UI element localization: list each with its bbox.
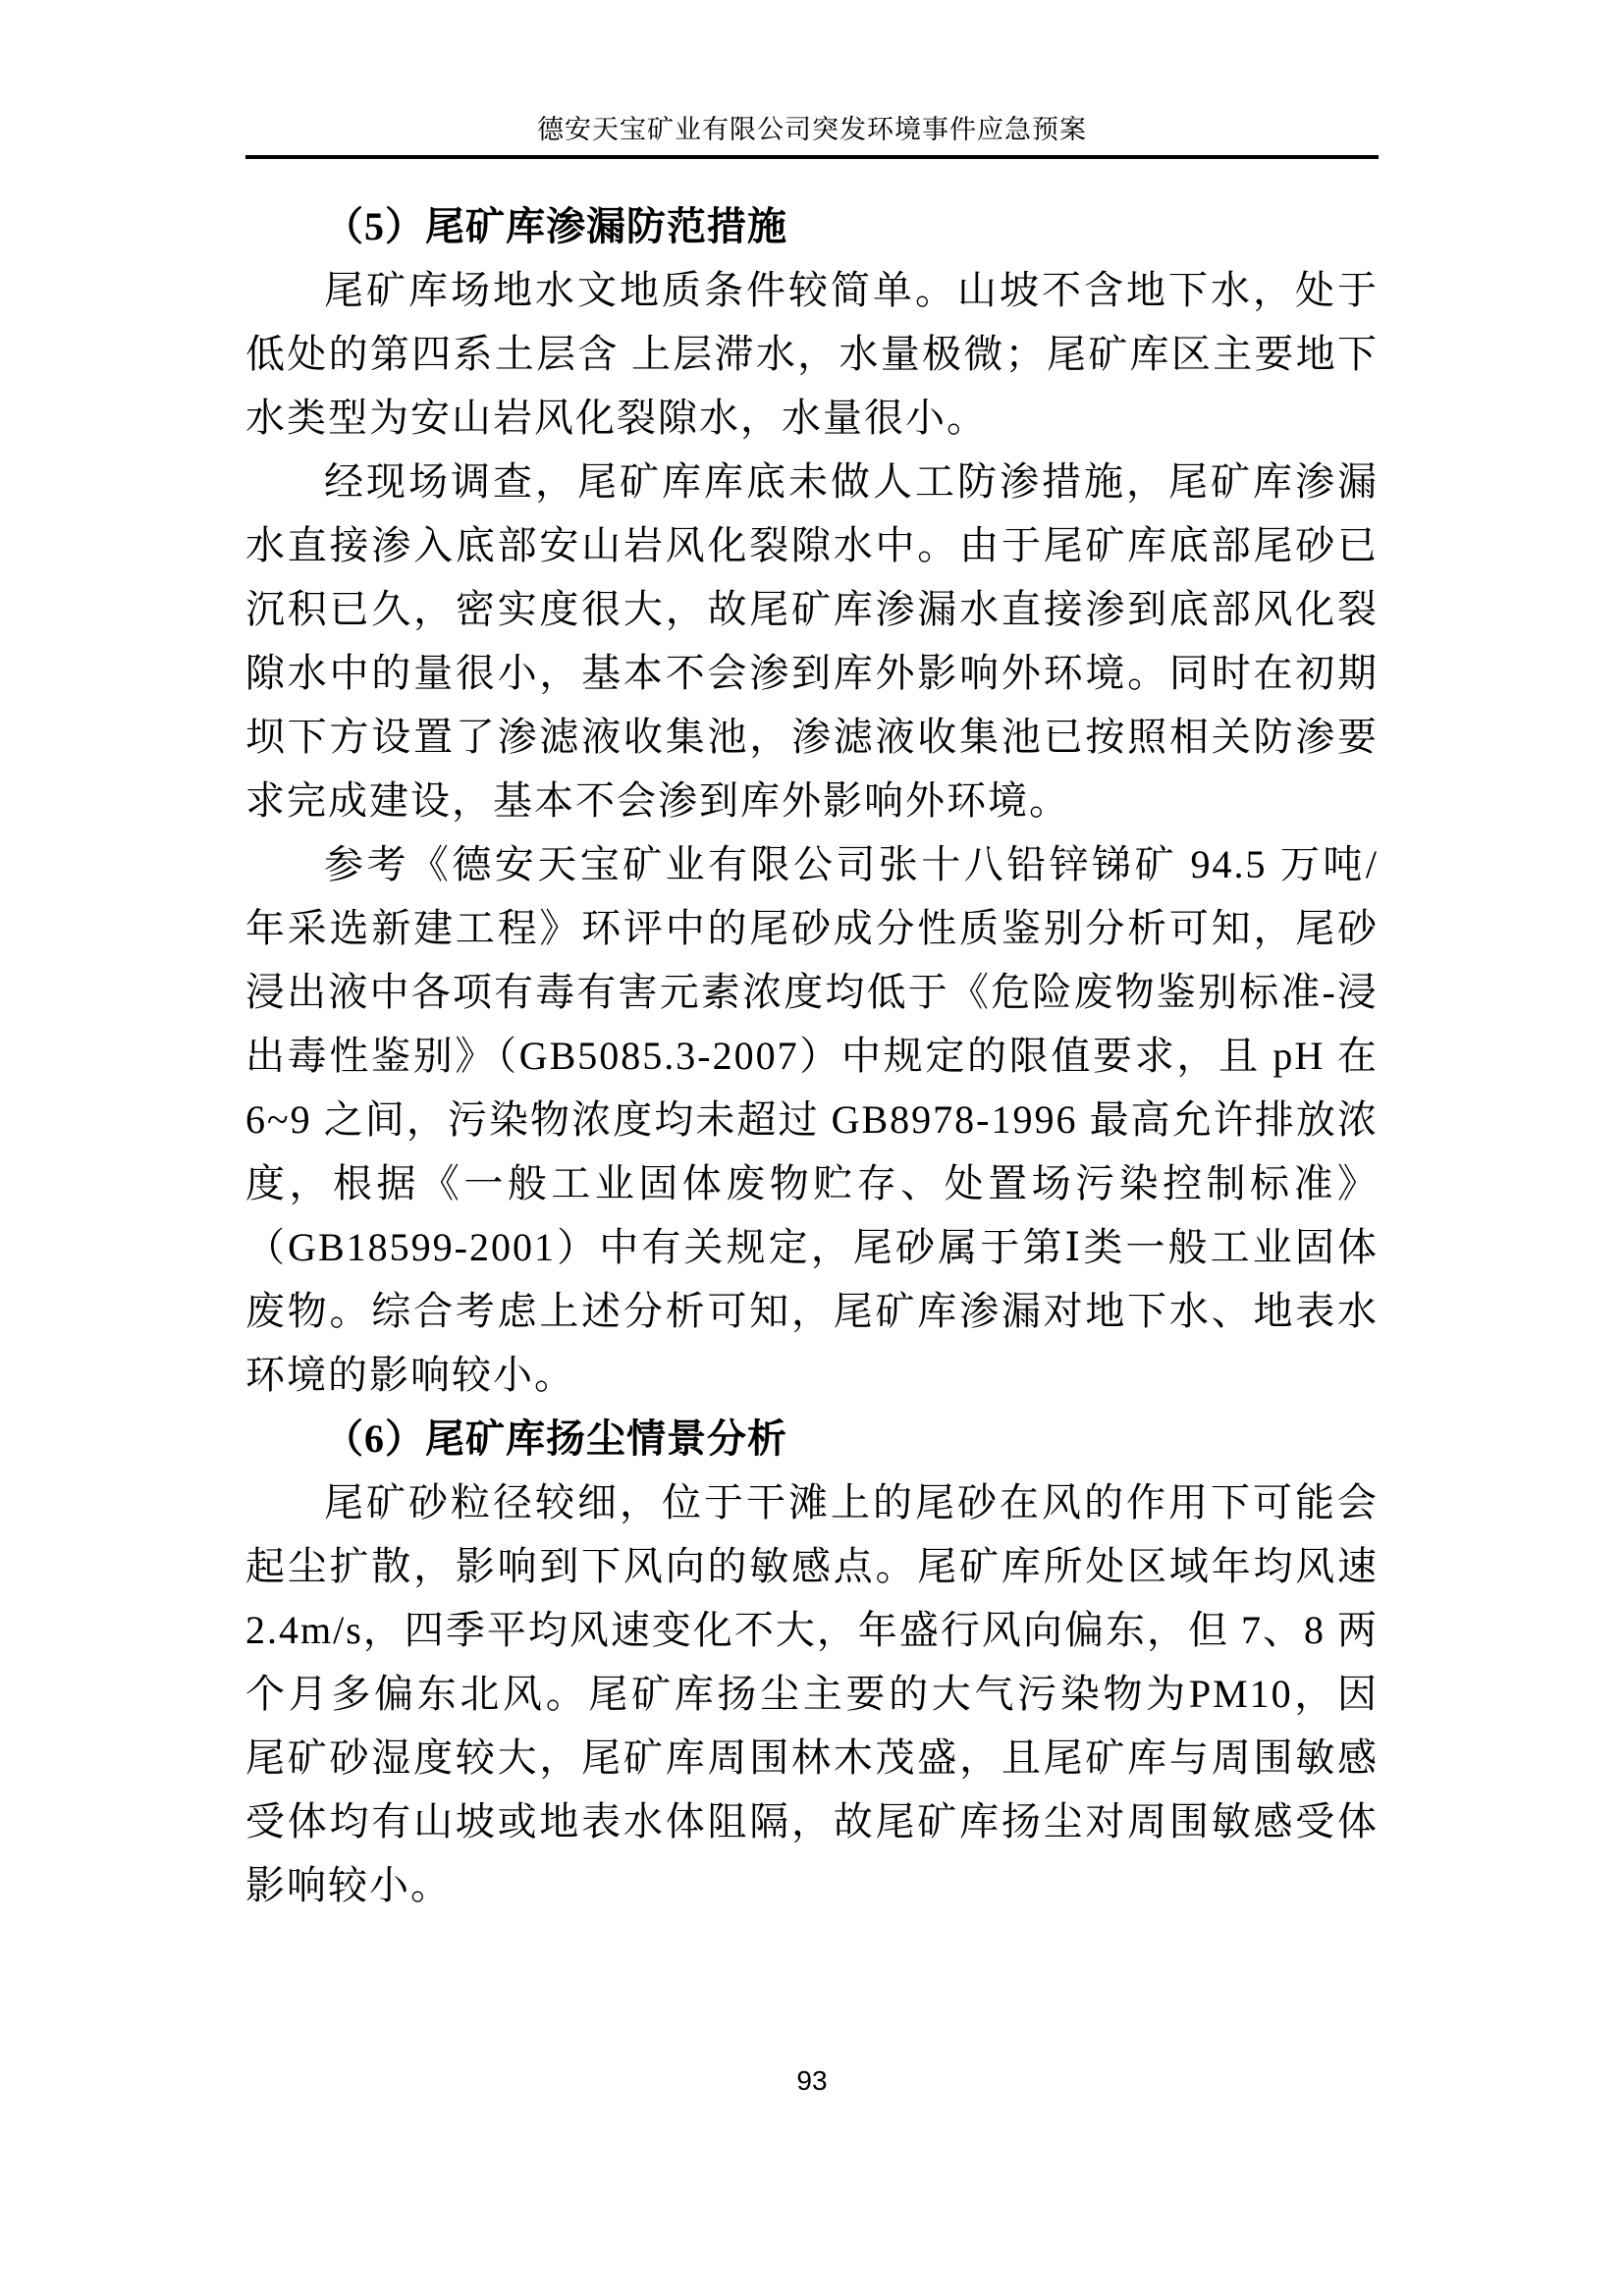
section-5-heading: （5）尾矿库渗漏防范措施 — [245, 194, 1379, 258]
page-header: 德安天宝矿业有限公司突发环境事件应急预案 — [245, 112, 1379, 159]
section-5-paragraph-1: 尾矿库场地水文地质条件较简单。山坡不含地下水，处于低处的第四系土层含 上层滞水，… — [245, 258, 1379, 450]
page-number: 93 — [0, 2063, 1624, 2099]
page-header-title: 德安天宝矿业有限公司突发环境事件应急预案 — [537, 115, 1087, 144]
document-page: 德安天宝矿业有限公司突发环境事件应急预案 （5）尾矿库渗漏防范措施 尾矿库场地水… — [0, 0, 1624, 2296]
section-6-heading: （6）尾矿库扬尘情景分析 — [245, 1407, 1379, 1470]
section-5-paragraph-3: 参考《德安天宝矿业有限公司张十八铅锌锑矿 94.5 万吨/年采选新建工程》环评中… — [245, 832, 1379, 1407]
section-5-paragraph-2: 经现场调查，尾矿库库底未做人工防渗措施，尾矿库渗漏水直接渗入底部安山岩风化裂隙水… — [245, 450, 1379, 832]
section-6-paragraph-1: 尾矿砂粒径较细，位于干滩上的尾砂在风的作用下可能会起尘扩散，影响到下风向的敏感点… — [245, 1470, 1379, 1917]
document-body: （5）尾矿库渗漏防范措施 尾矿库场地水文地质条件较简单。山坡不含地下水，处于低处… — [245, 194, 1379, 1917]
